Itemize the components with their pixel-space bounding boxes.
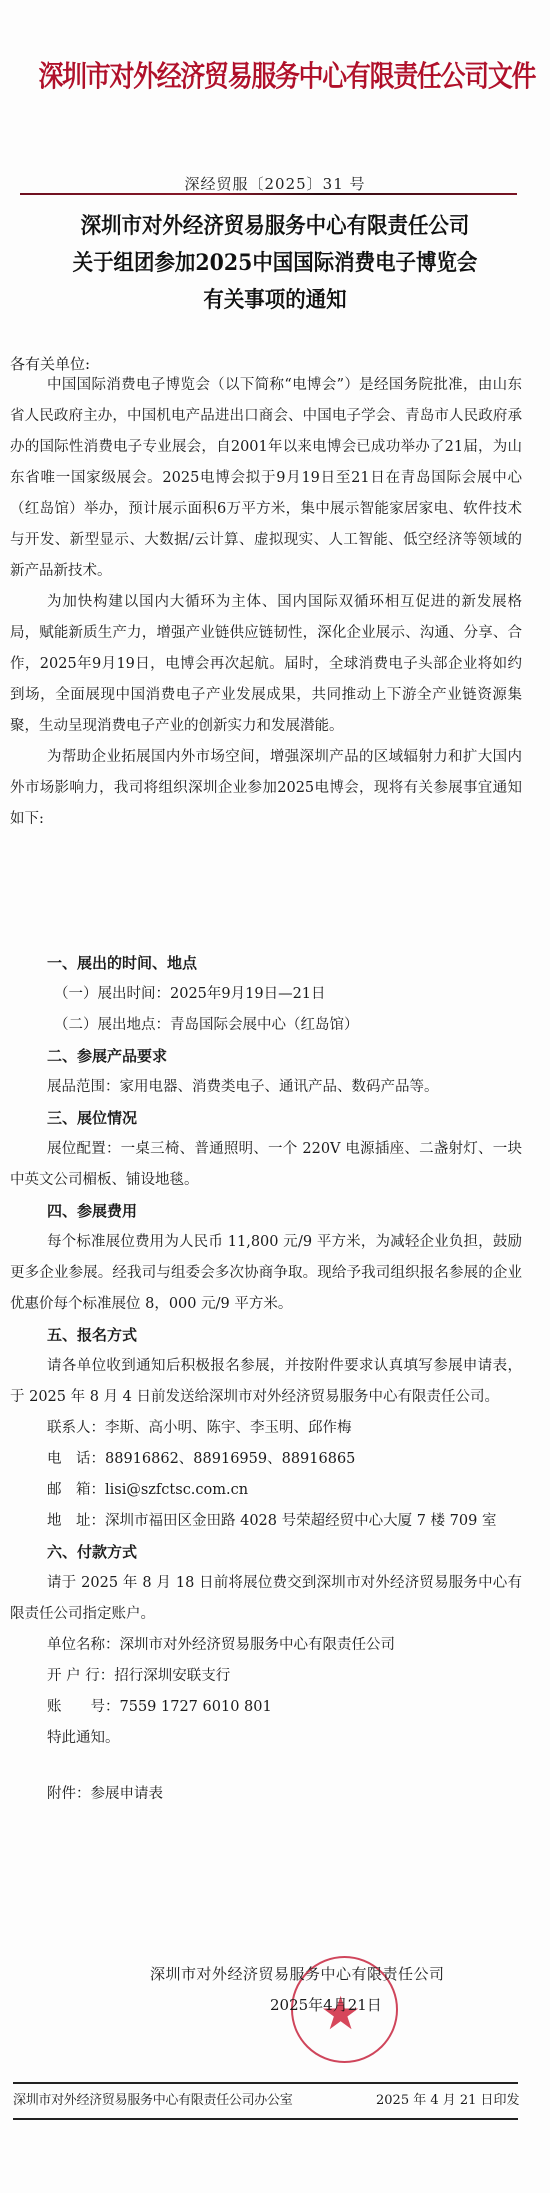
bank-row: 开 户 行：招行深圳安联支行 — [10, 1661, 522, 1692]
company-value: 深圳市对外经济贸易服务中心有限责任公司 — [120, 1637, 396, 1653]
section-heading: 五、报名方式 — [10, 1320, 522, 1351]
section-heading: 三、展位情况 — [10, 1103, 522, 1134]
section-heading: 一、展出的时间、地点 — [10, 948, 522, 979]
notice-title-line-1: 深圳市对外经济贸易服务中心有限责任公司 — [19, 208, 531, 245]
exhibition-place: （二）展出地点：青岛国际会展中心（红岛馆） — [10, 1010, 522, 1041]
document-header-title: 深圳市对外经济贸易服务中心有限责任公司文件 — [39, 54, 512, 95]
address-label: 地 址： — [47, 1513, 105, 1529]
signature-date: 2025年4月21日 — [270, 1994, 382, 2015]
address-value: 深圳市福田区金田路 4028 号荣超经贸中心大厦 7 楼 709 室 — [105, 1513, 496, 1529]
footer-issuer: 深圳市对外经济贸易服务中心有限责任公司办公室 — [13, 2089, 292, 2108]
company-row: 单位名称：深圳市对外经济贸易服务中心有限责任公司 — [10, 1630, 522, 1661]
notice-title-line-2: 关于组团参加2025中国国际消费电子博览会 — [19, 245, 531, 282]
header-divider — [20, 193, 517, 195]
closing-line: 特此通知。 — [10, 1723, 522, 1754]
section-heading: 二、参展产品要求 — [10, 1041, 522, 1072]
contacts-row: 联系人：李斯、高小明、陈宇、李玉明、邱作梅 — [10, 1413, 522, 1444]
notice-title-line-3: 有关事项的通知 — [19, 282, 531, 319]
footer-issue-date: 2025 年 4 月 21 日印发 — [376, 2089, 520, 2108]
phone-label: 电 话： — [47, 1444, 105, 1475]
contacts-label: 联系人： — [47, 1413, 105, 1444]
intro-paragraph-2: 为加快构建以国内大循环为主体、国内国际双循环相互促进的新发展格局，赋能新质生产力… — [10, 587, 522, 742]
section-1: 一、展出的时间、地点 （一）展出时间：2025年9月19日—21日 （二）展出地… — [10, 948, 522, 1810]
bank-label: 开 户 行： — [47, 1661, 114, 1692]
section-heading: 六、付款方式 — [10, 1537, 522, 1568]
section-heading: 四、参展费用 — [10, 1196, 522, 1227]
payment-instructions: 请于 2025 年 8 月 18 日前将展位费交到深圳市对外经济贸易服务中心有限… — [10, 1568, 522, 1630]
email-row: 邮 箱：lisi@szfctsc.com.cn — [10, 1475, 522, 1506]
document-number: 深经贸服〔2025〕31 号 — [0, 173, 550, 194]
phone-value: 88916862、88916959、88916865 — [105, 1451, 355, 1467]
product-scope: 展品范围：家用电器、消费类电子、通讯产品、数码产品等。 — [10, 1072, 522, 1103]
intro-paragraph-3: 为帮助企业拓展国内外市场空间，增强深圳产品的区域辐射力和扩大国内外市场影响力，我… — [10, 742, 522, 835]
company-label: 单位名称： — [47, 1630, 120, 1661]
phone-row: 电 话：88916862、88916959、88916865 — [10, 1444, 522, 1475]
account-value: 7559 1727 6010 801 — [120, 1699, 272, 1715]
bank-value: 招行深圳安联支行 — [114, 1668, 230, 1684]
notice-title: 深圳市对外经济贸易服务中心有限责任公司 关于组团参加2025中国国际消费电子博览… — [19, 208, 531, 319]
signature-org: 深圳市对外经济贸易服务中心有限责任公司 — [150, 1963, 445, 1984]
email-label: 邮 箱： — [47, 1475, 105, 1506]
exhibition-time: （一）展出时间：2025年9月19日—21日 — [10, 979, 522, 1010]
fee-text: 每个标准展位费用为人民币 11,800 元/9 平方米，为减轻企业负担，鼓励更多… — [10, 1227, 522, 1320]
address-row: 地 址：深圳市福田区金田路 4028 号荣超经贸中心大厦 7 楼 709 室 — [10, 1506, 522, 1537]
account-label: 账 号： — [47, 1692, 120, 1723]
registration-instructions: 请各单位收到通知后积极报名参展，并按附件要求认真填写参展申请表，于 2025 年… — [10, 1351, 522, 1413]
intro-paragraph-1: 中国国际消费电子博览会（以下简称“电博会”）是经国务院批准，由山东省人民政府主办… — [10, 370, 522, 587]
footer-bottom-rule — [13, 2118, 518, 2120]
intro-body: 中国国际消费电子博览会（以下简称“电博会”）是经国务院批准，由山东省人民政府主办… — [10, 370, 522, 835]
email-value[interactable]: lisi@szfctsc.com.cn — [105, 1482, 248, 1498]
attachment-line[interactable]: 附件：参展申请表 — [10, 1779, 522, 1810]
contacts-value: 李斯、高小明、陈宇、李玉明、邱作梅 — [105, 1420, 352, 1436]
account-row: 账 号：7559 1727 6010 801 — [10, 1692, 522, 1723]
booth-config: 展位配置：一桌三椅、普通照明、一个 220V 电源插座、二盏射灯、一块中英文公司… — [10, 1134, 522, 1196]
footer-top-rule — [13, 2082, 518, 2084]
